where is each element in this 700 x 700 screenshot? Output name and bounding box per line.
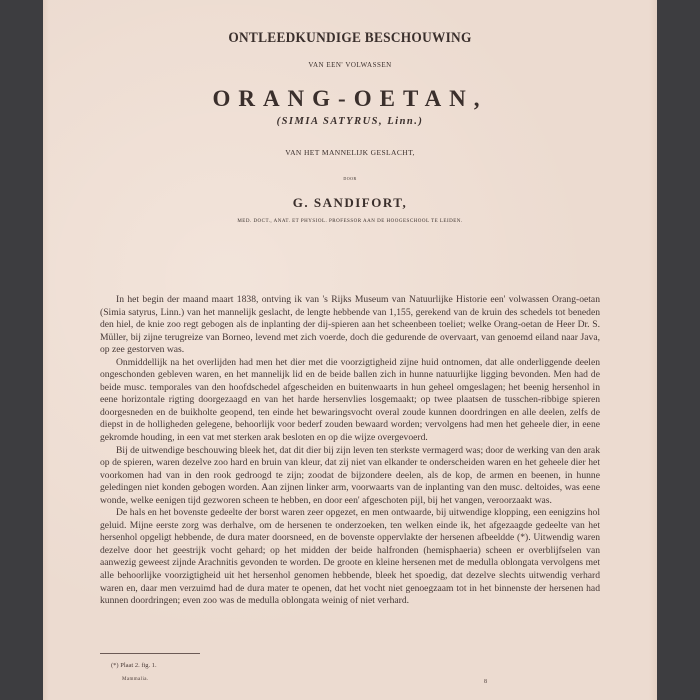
- paragraph: Onmiddellijk na het overlijden had men h…: [100, 357, 600, 445]
- paragraph: De hals en het bovenste gedeelte der bor…: [100, 507, 600, 607]
- paragraph: In het begin der maand maart 1838, ontvi…: [100, 294, 600, 357]
- body-text: In het begin der maand maart 1838, ontvi…: [100, 294, 600, 608]
- footnote: (*) Plaat 2. fig. 1.: [111, 662, 157, 669]
- author: G. SANDIFORT,: [43, 195, 657, 211]
- by-line: DOOR: [43, 176, 657, 181]
- author-title: MED. DOCT., ANAT. ET PHYSIOL. PROFESSOR …: [43, 219, 657, 224]
- signature-mark: Mammalia.: [122, 677, 149, 682]
- document-page: ONTLEEDKUNDIGE BESCHOUWING VAN EEN' VOLW…: [43, 0, 657, 700]
- heading: ONTLEEDKUNDIGE BESCHOUWING: [68, 30, 633, 47]
- footnote-rule: [100, 653, 200, 654]
- title: ORANG-OETAN,: [43, 86, 657, 112]
- subheading: VAN EEN' VOLWASSEN: [43, 61, 657, 69]
- paragraph: Bij de uitwendige beschouwing bleek het,…: [100, 445, 600, 508]
- page-number: 8: [484, 679, 487, 685]
- sex-line: VAN HET MANNELIJK GESLACHT,: [43, 148, 657, 157]
- species-name: (SIMIA SATYRUS, Linn.): [43, 116, 657, 127]
